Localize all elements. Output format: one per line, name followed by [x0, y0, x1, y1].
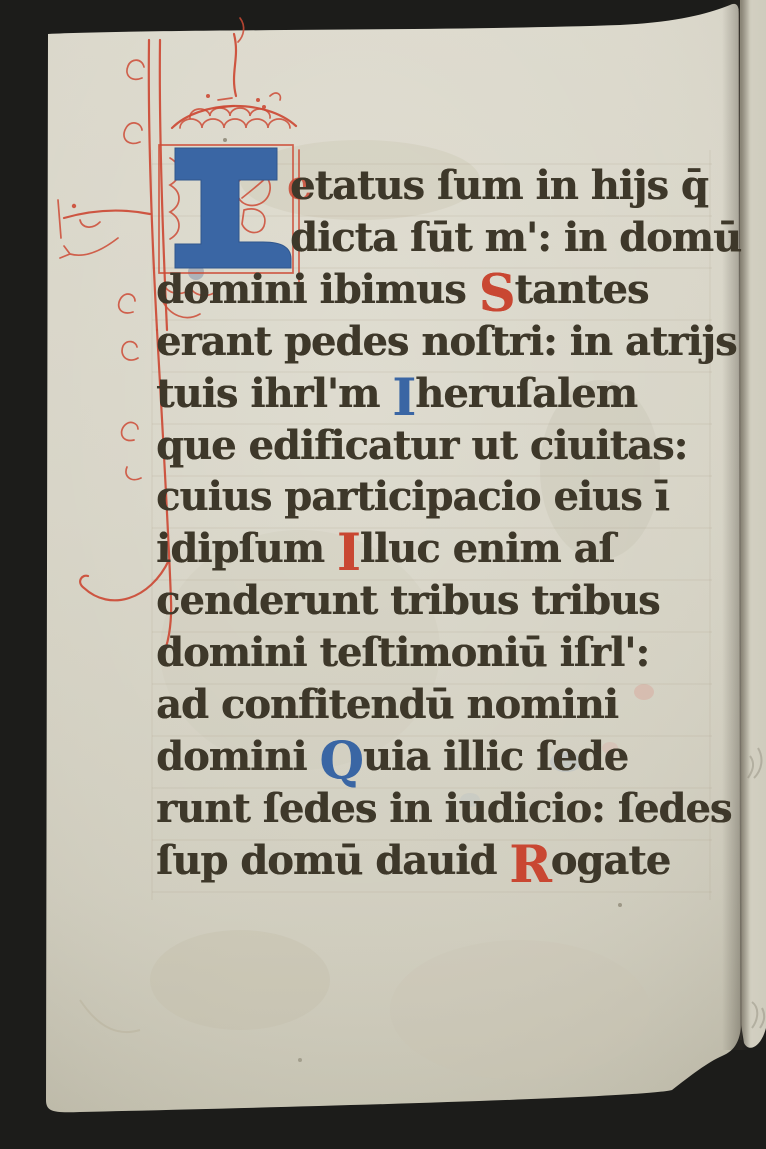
text-line: erant pedes noſtri: in atrijs: [156, 316, 736, 368]
text-segment: uia illic ſede: [363, 733, 628, 780]
text-line: domini ibimus Stantes: [156, 264, 648, 320]
text-segment: domini ibimus: [156, 266, 479, 313]
text-segment: ad confitendū nomini: [156, 681, 618, 728]
text-line: que edificatur ut ciuitas:: [156, 420, 687, 472]
text-segment: tuis ihrl'm: [156, 370, 392, 417]
text-line: cuius participacio eius ī: [156, 471, 669, 523]
text-segment: cenderunt tribus tribus: [156, 577, 660, 624]
text-line: idipſum Illuc enim aſ: [156, 523, 615, 579]
text-segment: erant pedes noſtri: in atrijs: [156, 318, 736, 365]
text-segment: e: [290, 162, 314, 209]
text-line: ſup domū dauid Rogate: [156, 835, 670, 891]
text-line: tuis ihrl'm Iheruſalem: [156, 368, 637, 424]
text-segment: tatus ſum in hijs q̄: [314, 162, 707, 209]
text-segment: lluc enim aſ: [360, 525, 615, 572]
versal-initial: R: [509, 835, 550, 895]
text-segment: ſup domū dauid: [156, 837, 509, 884]
text-segment: tantes: [514, 266, 648, 313]
text-segment: domini teſtimoniū iſrl':: [156, 629, 649, 676]
text-segment: domini: [156, 733, 319, 780]
text-line: runt ſedes in iudicio: ſedes: [156, 783, 731, 835]
text-line: dicta ſūt m': in domū: [290, 212, 741, 264]
text-segment: idipſum: [156, 525, 337, 572]
text-segment: que edificatur ut ciuitas:: [156, 422, 687, 469]
manuscript-photograph: L etatus ſum in hijs q̄dicta ſūt m': in …: [0, 0, 766, 1149]
text-line: ad confitendū nomini: [156, 679, 618, 731]
text-segment: dicta ſūt m': in domū: [290, 214, 741, 261]
text-line: domini Quia illic ſede: [156, 731, 628, 787]
text-segment: heruſalem: [415, 370, 637, 417]
text-block: etatus ſum in hijs q̄dicta ſūt m': in do…: [156, 160, 731, 920]
text-segment: ogate: [551, 837, 671, 884]
text-segment: cuius participacio eius ī: [156, 473, 669, 520]
text-line: cenderunt tribus tribus: [156, 575, 660, 627]
text-line: domini teſtimoniū iſrl':: [156, 627, 649, 679]
text-line: etatus ſum in hijs q̄: [290, 160, 708, 212]
text-segment: runt ſedes in iudicio: ſedes: [156, 785, 731, 832]
